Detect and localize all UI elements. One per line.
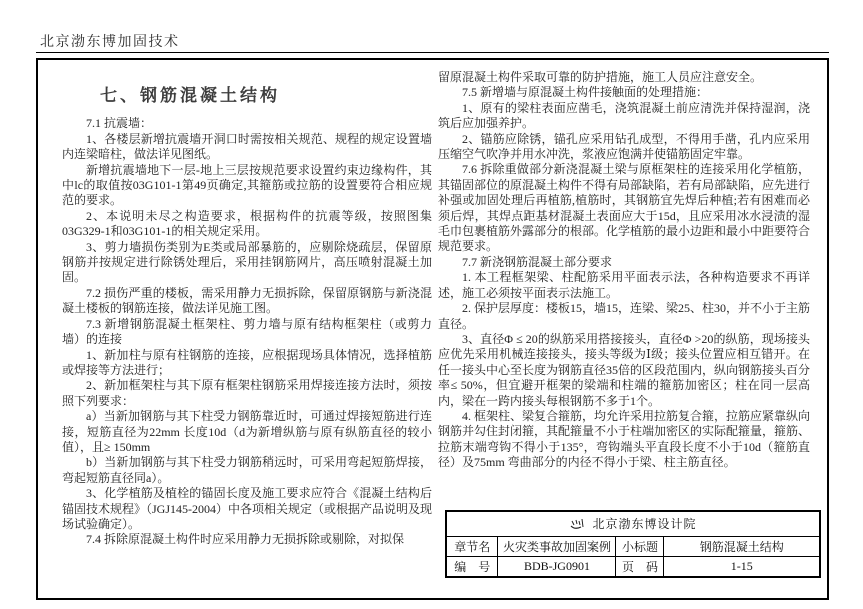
paragraph: 1. 本工程框架梁、柱配筋采用平面表示法，各种构造要求不再详述，施工必须按平面表… — [438, 270, 810, 301]
paragraph: 2、锚筋应除锈，锚孔应采用钻孔成型，不得用手凿，孔内应采用压缩空气吹净并用水冲洗… — [438, 132, 810, 163]
paragraph: 3、化学植筋及植栓的锚固长度及施工要求应符合《混凝土结构后锚固技术规程》（JGJ… — [62, 486, 432, 532]
paragraph: 7.6 拆除重做部分新浇混凝土梁与原框架柱的连接采用化学植筋，其锚固部位的原混凝… — [438, 162, 810, 254]
paragraph: 1、新加柱与原有柱钢筋的连接，应根据现场具体情况，选择植筋或焊接等方法进行； — [62, 348, 432, 379]
institute-logo-icon — [569, 518, 587, 534]
title-block-institute-row: 北京渤东博设计院 — [446, 511, 820, 537]
paragraph: 7.4 拆除原混凝土构件时应采用静力无损拆除或剔除，对拟保 — [62, 532, 432, 547]
institute-name: 北京渤东博设计院 — [592, 517, 696, 531]
paragraph: 7.1 抗震墙： — [62, 116, 432, 131]
paragraph: 7.7 新浇钢筋混凝土部分要求 — [438, 255, 810, 270]
chapter-value: 火灾类事故加固案例 — [498, 537, 616, 557]
paragraph: 3、剪力墙损伤类别为E类或局部暴筋的，应剔除烧疏层，保留原钢筋并按规定进行除锈处… — [62, 240, 432, 286]
header-rule — [36, 52, 829, 53]
page-header-brand: 北京渤东博加固技术 — [40, 31, 180, 51]
institute-cell: 北京渤东博设计院 — [446, 511, 820, 537]
paragraph: 2. 保护层厚度：楼板15，墙15，连梁、梁25、柱30，并不小于主筋直径。 — [438, 301, 810, 332]
paragraph: 1、各楼层新增抗震墙开洞口时需按相关规范、规程的规定设置墙内连梁暗柱，做法详见图… — [62, 132, 432, 163]
subtitle-value: 钢筋混凝土结构 — [664, 537, 820, 557]
paragraph: 3、直径Φ ≤ 20的纵筋采用搭接接头，直径Φ >20的纵筋，现场接头应优先采用… — [438, 332, 810, 409]
paragraph: 7.5 新增墙与原混凝土构件接触面的处理措施： — [438, 85, 810, 100]
paragraph: 1、原有的梁柱表面应凿毛，浇筑混凝土前应清洗并保持湿润，浇筑后应加强养护。 — [438, 101, 810, 132]
number-value: BDB-JG0901 — [498, 557, 616, 578]
page-value: 1-15 — [664, 557, 820, 578]
paragraph: 2、本说明未尽之构造要求，根据构件的抗震等级，按照图集03G329-1和03G1… — [62, 209, 432, 240]
page-label: 页 码 — [616, 557, 664, 578]
number-label: 编 号 — [446, 557, 498, 578]
right-column-paragraphs: 留原混凝土构件采取可靠的防护措施，施工人员应注意安全。7.5 新增墙与原混凝土构… — [438, 70, 810, 471]
section-title: 七、钢筋混凝土结构 — [100, 88, 432, 103]
left-column: 七、钢筋混凝土结构 7.1 抗震墙：1、各楼层新增抗震墙开洞口时需按相关规范、规… — [62, 88, 432, 548]
paragraph: 2、新加框架柱与其下原有框架柱钢筋采用焊接连接方法时，须按照下列要求： — [62, 378, 432, 409]
paragraph: 新增抗震墙地下一层-地上三层按规范要求设置约束边缘构件，其中lc的取值按03G1… — [62, 163, 432, 209]
paragraph: 留原混凝土构件采取可靠的防护措施，施工人员应注意安全。 — [438, 70, 810, 85]
paragraph: b）当新加钢筋与其下柱受力钢筋稍远时，可采用弯起短筋焊接，弯起短筋直径同a）。 — [62, 455, 432, 486]
right-column: 留原混凝土构件采取可靠的防护措施，施工人员应注意安全。7.5 新增墙与原混凝土构… — [438, 70, 810, 471]
title-block-row: 章节名 火灾类事故加固案例 小标题 钢筋混凝土结构 — [446, 537, 820, 557]
left-column-paragraphs: 7.1 抗震墙：1、各楼层新增抗震墙开洞口时需按相关规范、规程的规定设置墙内连梁… — [62, 116, 432, 547]
paragraph: 7.2 损伤严重的楼板，需采用静力无损拆除，保留原钢筋与新浇混凝土楼板的钢筋连接… — [62, 286, 432, 317]
title-block-row: 编 号 BDB-JG0901 页 码 1-15 — [446, 557, 820, 578]
paragraph: 4. 框架柱、梁复合箍筋，均允许采用拉筋复合箍，拉筋应紧靠纵向钢筋并勾住封闭箍，… — [438, 409, 810, 471]
chapter-label: 章节名 — [446, 537, 498, 557]
subtitle-label: 小标题 — [616, 537, 664, 557]
paragraph: 7.3 新增钢筋混凝土框架柱、剪力墙与原有结构框架柱（或剪力墙）的连接 — [62, 317, 432, 348]
title-block-table: 北京渤东博设计院 章节名 火灾类事故加固案例 小标题 钢筋混凝土结构 编 号 B… — [445, 510, 821, 578]
document-frame: 七、钢筋混凝土结构 7.1 抗震墙：1、各楼层新增抗震墙开洞口时需按相关规范、规… — [36, 58, 829, 600]
paragraph: a）当新加钢筋与其下柱受力钢筋靠近时，可通过焊接短筋进行连接，短筋直径为22mm… — [62, 409, 432, 455]
